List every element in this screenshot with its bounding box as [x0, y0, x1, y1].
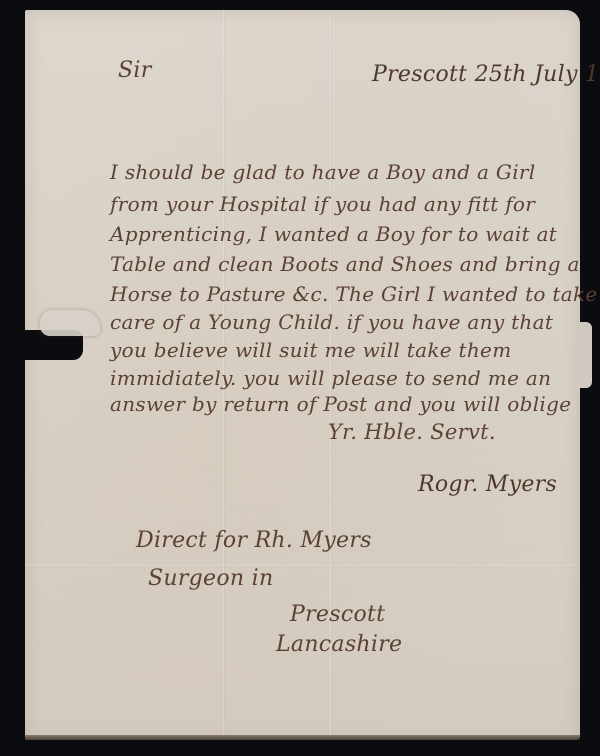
body-line: Horse to Pasture &c. The Girl I wanted t…	[110, 282, 598, 306]
body-line: you believe will suit me will take them	[110, 338, 511, 362]
document-photo: Sir Prescott 25th July 1771 I should be …	[0, 0, 600, 756]
paper-tab	[576, 322, 592, 388]
torn-paper-flap	[40, 310, 100, 336]
body-line: immidiately. you will please to send me …	[110, 366, 551, 390]
place-date: Prescott 25th July 1771	[372, 62, 600, 87]
body-line: Table and clean Boots and Shoes and brin…	[110, 252, 580, 276]
body-line: Apprenticing, I wanted a Boy for to wait…	[110, 222, 557, 246]
paper-bottom-edge	[25, 735, 580, 740]
address-line: Lancashire	[276, 632, 402, 657]
body-line: I should be glad to have a Boy and a Gir…	[110, 160, 535, 184]
signature: Rogr. Myers	[418, 472, 557, 497]
body-line: from your Hospital if you had any fitt f…	[110, 192, 535, 216]
address-line: Surgeon in	[148, 566, 273, 591]
fold-line-horizontal	[25, 565, 580, 567]
address-line: Prescott	[290, 602, 385, 627]
body-line: care of a Young Child. if you have any t…	[110, 310, 553, 334]
address-line: Direct for Rh. Myers	[136, 528, 372, 553]
salutation: Sir	[118, 58, 152, 83]
body-line: answer by return of Post and you will ob…	[110, 392, 571, 416]
closing: Yr. Hble. Servt.	[328, 420, 496, 444]
